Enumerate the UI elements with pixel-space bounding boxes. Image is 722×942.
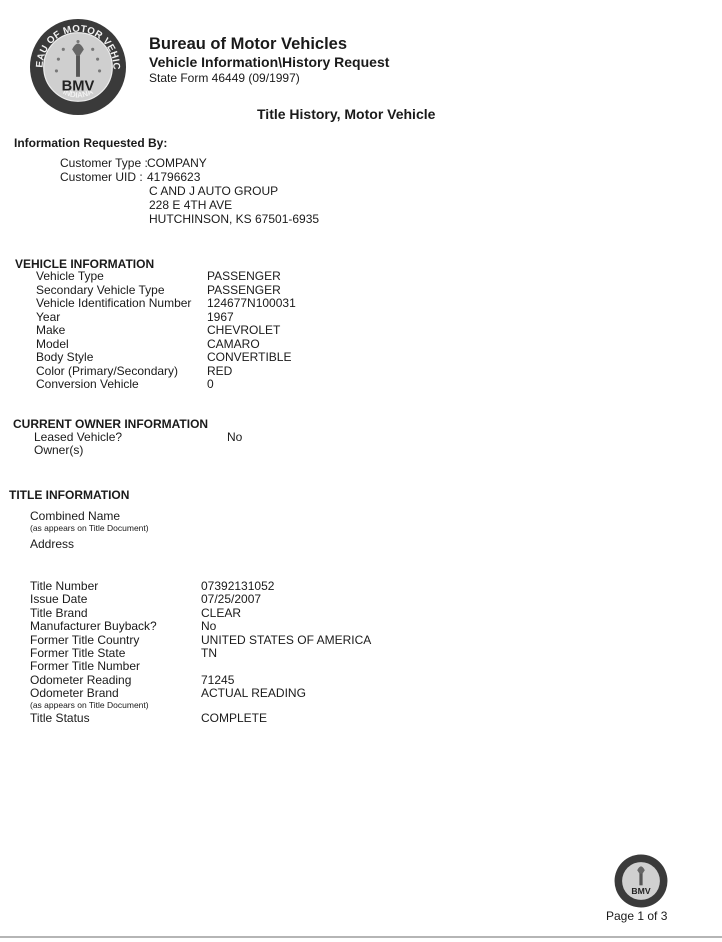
vehicle-field-value: 0 [207, 378, 214, 391]
vehicle-field-value: CONVERTIBLE [207, 351, 291, 364]
title-field-value: UNITED STATES OF AMERICA [201, 634, 371, 647]
vehicle-field-label: Vehicle Type [36, 270, 104, 283]
title-field-label: Title Number [30, 580, 98, 593]
vehicle-field-value: CAMARO [207, 338, 260, 351]
page-number: Page 1 of 3 [606, 909, 667, 923]
customer-address-line: 228 E 4TH AVE [149, 198, 232, 212]
document-title: Title History, Motor Vehicle [257, 106, 435, 122]
agency-name: Bureau of Motor Vehicles [149, 35, 347, 54]
title-field-label: Former Title Number [30, 660, 140, 673]
vehicle-field-value: RED [207, 365, 232, 378]
bmv-footer-seal-icon: BMV [614, 854, 668, 908]
title-field-label: Issue Date [30, 593, 87, 606]
customer-address-line: HUTCHINSON, KS 67501-6935 [149, 212, 319, 226]
vehicle-field-label: Body Style [36, 351, 93, 364]
vehicle-field-value: 124677N100031 [207, 297, 296, 310]
requested-by-heading: Information Requested By: [14, 136, 167, 150]
vehicle-field-label: Color (Primary/Secondary) [36, 365, 178, 378]
vehicle-field-label: Model [36, 338, 69, 351]
vehicle-field-value: CHEVROLET [207, 324, 280, 337]
customer-address-line: C AND J AUTO GROUP [149, 184, 278, 198]
svg-text:BMV: BMV [631, 886, 650, 896]
footer-divider [0, 936, 722, 938]
svg-text:BMV: BMV [62, 79, 95, 95]
vehicle-field-value: PASSENGER [207, 270, 281, 283]
title-field-value: 07392131052 [201, 580, 274, 593]
leased-vehicle-label: Leased Vehicle? [34, 430, 122, 444]
address-label: Address [30, 537, 74, 551]
combined-name-note: (as appears on Title Document) [30, 523, 149, 533]
combined-name-label: Combined Name [30, 509, 120, 523]
title-field-value: 71245 [201, 674, 234, 687]
vehicle-field-value: 1967 [207, 311, 234, 324]
vehicle-field-label: Make [36, 324, 65, 337]
customer-uid-value: 41796623 [147, 170, 200, 184]
title-field-value: ACTUAL READING [201, 687, 306, 700]
vehicle-field-label: Secondary Vehicle Type [36, 284, 165, 297]
title-field-value: 07/25/2007 [201, 593, 261, 606]
title-info-heading: TITLE INFORMATION [9, 488, 129, 502]
title-field-value: No [201, 620, 216, 633]
vehicle-field-label: Year [36, 311, 60, 324]
title-field-label: Odometer Brand [30, 687, 119, 700]
title-field-label: Former Title Country [30, 634, 139, 647]
vehicle-field-label: Conversion Vehicle [36, 378, 139, 391]
title-field-label: Title Brand [30, 607, 88, 620]
request-title: Vehicle Information\History Request [149, 54, 389, 70]
customer-type-label: Customer Type : [60, 156, 148, 170]
vehicle-field-value: PASSENGER [207, 284, 281, 297]
title-field-value: CLEAR [201, 607, 241, 620]
vehicle-field-label: Vehicle Identification Number [36, 297, 191, 310]
current-owner-heading: CURRENT OWNER INFORMATION [13, 417, 208, 431]
form-number: State Form 46449 (09/1997) [149, 71, 300, 85]
title-field-label: Odometer Reading [30, 674, 131, 687]
title-status-value: COMPLETE [201, 711, 267, 725]
owners-label: Owner(s) [34, 443, 83, 457]
bmv-seal-icon: BUREAU OF MOTOR VEHICLES INDIANA BMV [29, 18, 127, 116]
title-field-label: Manufacturer Buyback? [30, 620, 157, 633]
customer-type-value: COMPANY [147, 156, 207, 170]
title-status-label: Title Status [30, 711, 90, 725]
customer-uid-label: Customer UID : [60, 170, 143, 184]
title-field-value: TN [201, 647, 217, 660]
title-field-label: Former Title State [30, 647, 125, 660]
leased-vehicle-value: No [227, 430, 242, 444]
odometer-note: (as appears on Title Document) [30, 700, 149, 710]
